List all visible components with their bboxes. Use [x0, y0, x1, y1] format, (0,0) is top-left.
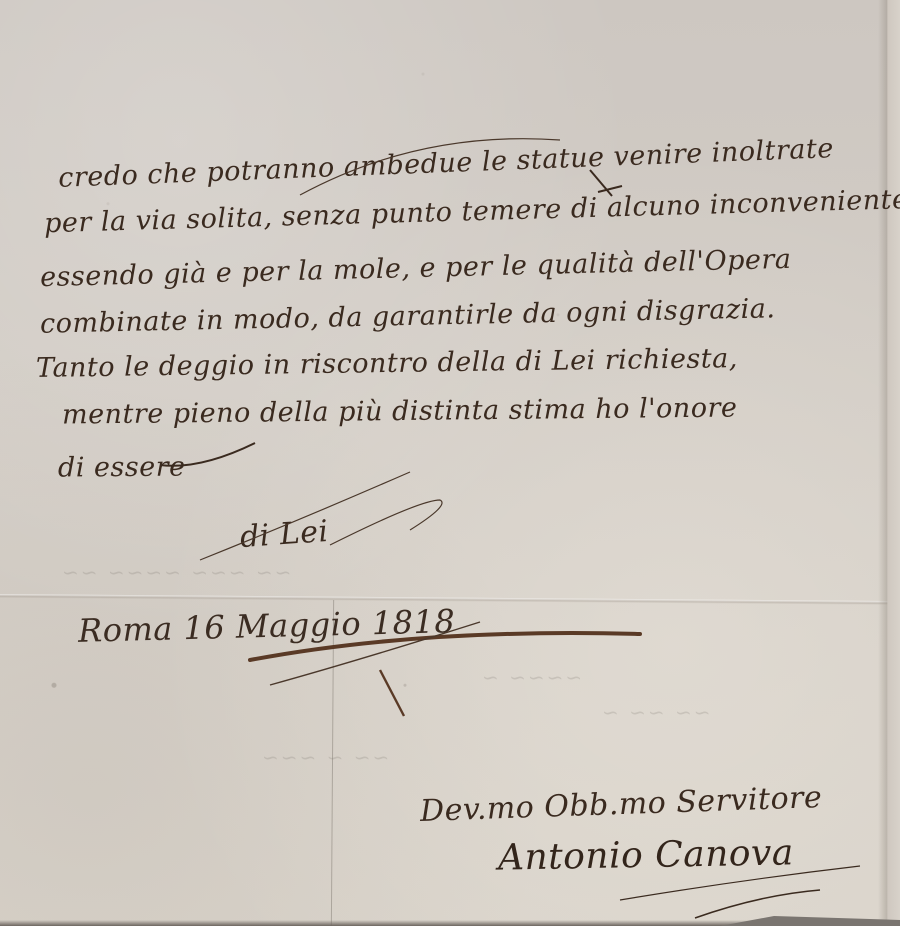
letter-sheet: ~~ ~~~ ~~~~ ~~ ~~ ~ ~~~ ~~~~ ~ ~~ ~~ ~ c… [0, 0, 900, 926]
corner-shadow [720, 916, 900, 926]
letter-line-3: essendo già e per la mole, e per le qual… [40, 246, 792, 291]
vertical-fold-line [331, 600, 334, 926]
flourish-stroke [380, 670, 404, 716]
letter-line-4: combinate in modo, da garantirle da ogni… [40, 295, 776, 337]
subscription-line: Dev.mo Obb.mo Servitore [420, 783, 823, 827]
closing-phrase: di Lei [239, 517, 329, 553]
bleed-through-text: ~~ ~ ~~~ [260, 745, 389, 769]
bleed-through-text: ~~ ~~~ ~~~~ ~~ [60, 560, 291, 584]
letter-line-5: Tanto le deggio in riscontro della di Le… [36, 345, 738, 382]
dateline: Roma 16 Maggio 1818 [78, 605, 456, 647]
signature-flourish [695, 890, 820, 918]
paper-right-edge [878, 0, 900, 926]
signature: Antonio Canova [498, 835, 794, 876]
flourish-stroke [330, 500, 442, 545]
bleed-through-text: ~~~~ ~ [480, 665, 582, 689]
letter-line-7: di essere [58, 454, 186, 482]
letter-line-6: mentre pieno della più distinta stima ho… [62, 394, 738, 428]
bleed-through-text: ~~ ~~ ~ [600, 700, 711, 724]
letter-line-1: credo che potranno ambedue le statue ven… [58, 135, 834, 192]
letter-line-2: per la via solita, senza punto temere di… [44, 186, 900, 237]
